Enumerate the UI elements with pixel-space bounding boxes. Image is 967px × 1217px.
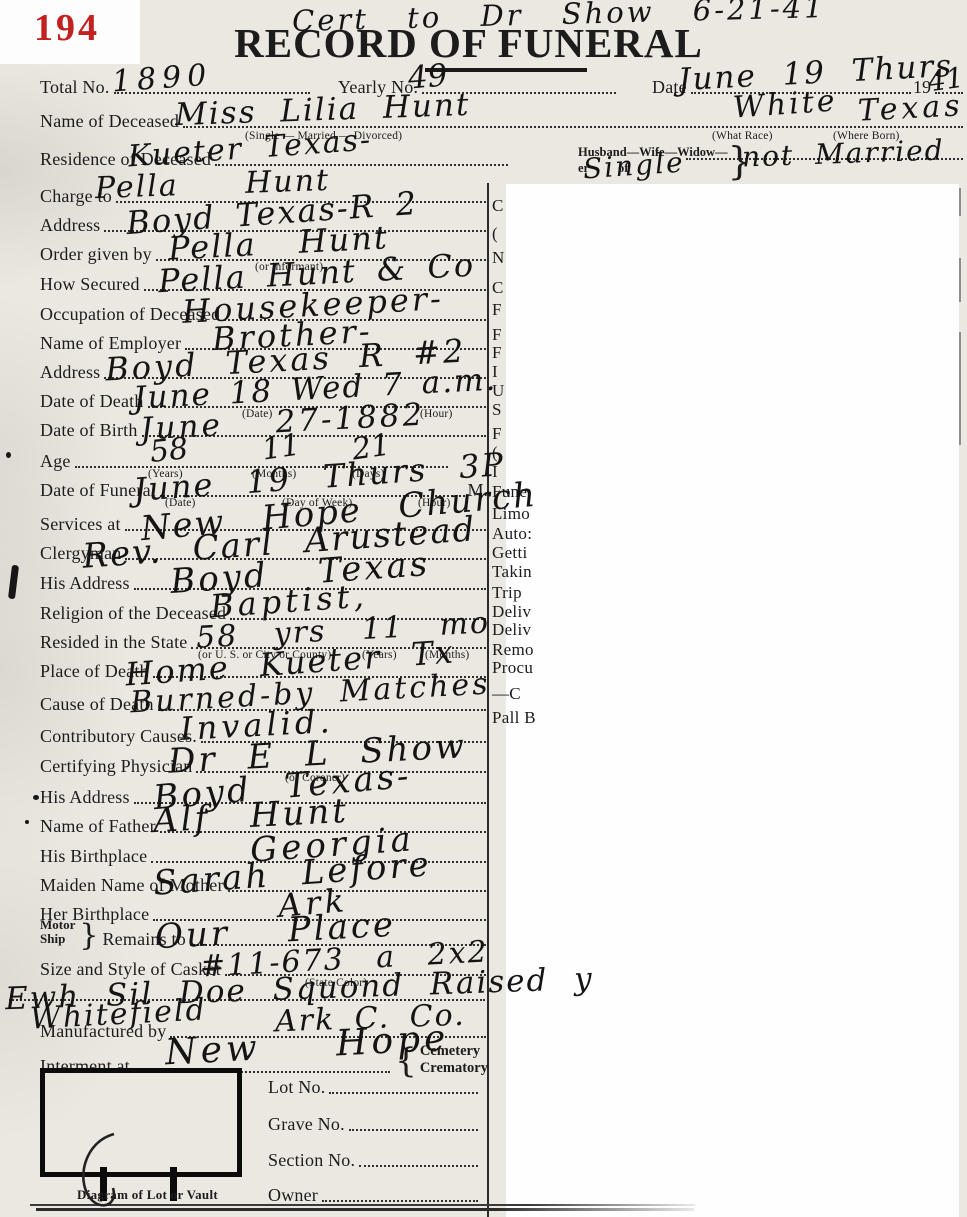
field-label: How Secured [40,275,140,294]
ship-label: Ship [40,932,75,946]
right-edge-mark [959,332,961,445]
right-edge-mark [959,258,961,302]
right-column-fragment: Takin [492,562,532,582]
field-label: Date of Death [40,392,144,411]
field-label: Owner [268,1186,318,1205]
right-column-fragment: Deliv [492,620,531,640]
right-column-fragment: Remo [492,640,534,660]
right-column-fragment: ( [492,224,498,244]
right-column-fragment: —C [492,684,521,704]
handwriting-born: Texas [857,91,964,126]
ink-mark [8,565,19,600]
field-label: Date of Birth [40,421,138,440]
right-column-fragment: C [492,196,504,216]
field-label: Address [40,363,100,382]
right-column-fragment: Trip [492,583,522,603]
ink-mark [25,820,29,824]
right-edge-mark [959,188,961,216]
field-label: Address [40,216,100,235]
handwriting-total-no: 1890 [111,61,213,98]
dotted-line [322,1198,478,1202]
right-column-fragment: Pall B [492,708,536,728]
handwriting-flourish [72,1128,142,1217]
field-label: His Birthplace [40,847,147,866]
right-column-fragment: Getti [492,543,528,563]
field-owner: Owner [268,1186,480,1205]
dotted-line [329,1090,478,1094]
handwriting-relationship-over: Single [582,148,685,183]
field-label: Lot No. [268,1078,325,1097]
handwriting-race: White [732,86,838,123]
handwriting-not-married: not Married [742,136,945,171]
field-label: Services at [40,515,121,534]
motor-label: Motor [40,918,75,932]
field-label: Total No. [40,78,110,97]
remains-brace: } [79,922,98,949]
handwriting-age-years: 58 [149,434,190,468]
dotted-line [349,1127,478,1131]
page-number: 194 [34,6,100,50]
field-lot-no: Lot No. [268,1078,480,1097]
right-column-fragment: N [492,248,505,268]
ink-mark [6,452,11,458]
right-column-fragment: Procu [492,658,533,678]
right-column-fragment: F [492,300,502,320]
record-of-funeral-page: 194 Cert to Dr Show 6-21-41 RECORD OF FU… [0,0,967,1217]
field-label: Section No. [268,1151,355,1170]
right-column-fragment: F [492,325,502,345]
dotted-line [359,1163,478,1167]
field-label: Age [40,452,71,471]
handwriting-manufactured-over: Whitefield [29,995,207,1034]
field-label: Name of Father [40,817,156,836]
field-label: Name of Deceased [40,112,179,131]
field-label: Resided in the State [40,633,187,652]
field-label: Grave No. [268,1115,345,1134]
right-column-fragment: S [492,400,502,420]
field-section-no: Section No. [268,1151,480,1170]
field-label: His Address [40,788,130,807]
title-underline [425,68,587,72]
right-column-fragment: F [492,424,502,444]
right-column-fragment: C [492,278,504,298]
field-label: His Address [40,574,130,593]
white-paste-overlay [505,184,959,1217]
field-grave-no: Grave No. [268,1115,480,1134]
right-column-fragment: Auto: [492,524,532,544]
right-column-fragment: Deliv [492,602,531,622]
ink-mark [33,795,39,800]
crematory-label: Crematory [420,1060,488,1077]
right-column-fragment: F [492,343,502,363]
field-label: Order given by [40,245,152,264]
